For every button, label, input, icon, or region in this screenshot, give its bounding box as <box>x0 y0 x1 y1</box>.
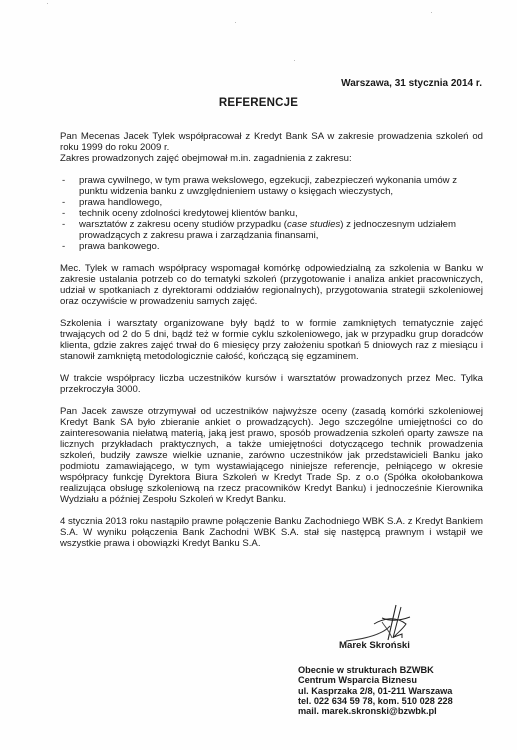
contact-line-organization: Obecnie w strukturach BZWBK <box>298 665 453 675</box>
letter-body: Pan Mecenas Jacek Tylek współpracował z … <box>60 131 483 560</box>
scope-intro: Zakres prowadzonych zajęć obejmował m.in… <box>60 153 483 164</box>
list-item-text: prawa bankowego. <box>79 241 160 252</box>
scan-speck <box>47 3 48 4</box>
list-item-text: technik oceny zdolności kredytowej klien… <box>79 208 298 219</box>
list-item-italic: case studies <box>287 219 340 230</box>
list-item: - prawa handlowego, <box>60 197 483 208</box>
contact-line-email: mail. marek.skronski@bzwbk.pl <box>298 706 453 716</box>
list-item: - technik oceny zdolności kredytowej kli… <box>60 208 483 219</box>
paragraph-training-format: Szkolenia i warsztaty organizowane były … <box>60 318 483 362</box>
paragraph-cooperation: Mec. Tylek w ramach współpracy wspomagał… <box>60 263 483 307</box>
dash-bullet: - <box>62 208 65 219</box>
dash-bullet: - <box>62 241 65 252</box>
letter-date: Warszawa, 31 stycznia 2014 r. <box>341 78 482 89</box>
dash-bullet: - <box>62 197 65 208</box>
dash-bullet: - <box>62 219 65 230</box>
contact-line-address: ul. Kasprzaka 2/8, 01-211 Warszawa <box>298 686 453 696</box>
list-item-text-before: warsztatów z zakresu oceny studiów przyp… <box>79 219 287 230</box>
scan-speck <box>294 60 295 61</box>
scan-speck <box>235 22 236 23</box>
scan-speck <box>431 12 432 13</box>
intro-paragraph: Pan Mecenas Jacek Tylek współpracował z … <box>60 131 483 153</box>
dash-bullet: - <box>62 175 65 186</box>
scope-list: - prawa cywilnego, w tym prawa weksloweg… <box>60 175 483 252</box>
document-title: REFERENCJE <box>0 97 517 109</box>
contact-line-department: Centrum Wsparcia Biznesu <box>298 675 453 685</box>
list-item: - warsztatów z zakresu oceny studiów prz… <box>60 219 483 241</box>
list-item: - prawa cywilnego, w tym prawa weksloweg… <box>60 175 483 197</box>
list-item-text: prawa cywilnego, w tym prawa wekslowego,… <box>79 175 457 197</box>
handwritten-signature-icon <box>344 604 434 644</box>
list-item-text: prawa handlowego, <box>79 197 162 208</box>
list-item: - prawa bankowego. <box>60 241 483 252</box>
paragraph-merger: 4 stycznia 2013 roku nastąpiło prawne po… <box>60 516 483 549</box>
contact-line-phone: tel. 022 634 59 78, kom. 510 028 228 <box>298 696 453 706</box>
paragraph-evaluation: Pan Jacek zawsze otrzymywał od uczestnik… <box>60 406 483 505</box>
paragraph-participants: W trakcie współpracy liczba uczestników … <box>60 373 483 395</box>
signatory-name: Marek Skroński <box>339 640 410 651</box>
scanned-letter-page: Warszawa, 31 stycznia 2014 r. REFERENCJE… <box>0 0 517 750</box>
contact-block: Obecnie w strukturach BZWBK Centrum Wspa… <box>298 665 453 716</box>
